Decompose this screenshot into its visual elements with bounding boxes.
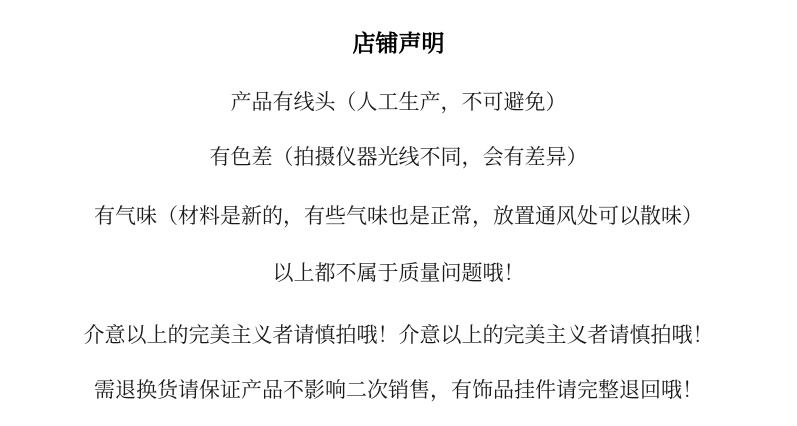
notice-line-thread: 产品有线头（人工生产，不可避免） <box>0 88 797 116</box>
notice-title: 店铺声明 <box>0 30 797 58</box>
notice-line-not-quality-issue: 以上都不属于质量问题哦！ <box>0 259 797 287</box>
notice-line-perfectionist-warning: 介意以上的完美主义者请慎拍哦！介意以上的完美主义者请慎拍哦！ <box>0 321 797 349</box>
notice-line-odor: 有气味（材料是新的，有些气味也是正常，放置通风处可以散味） <box>0 202 797 230</box>
notice-line-color-difference: 有色差（拍摄仪器光线不同，会有差异） <box>0 143 797 171</box>
notice-line-return-policy: 需退换货请保证产品不影响二次销售，有饰品挂件请完整退回哦！ <box>0 376 797 404</box>
